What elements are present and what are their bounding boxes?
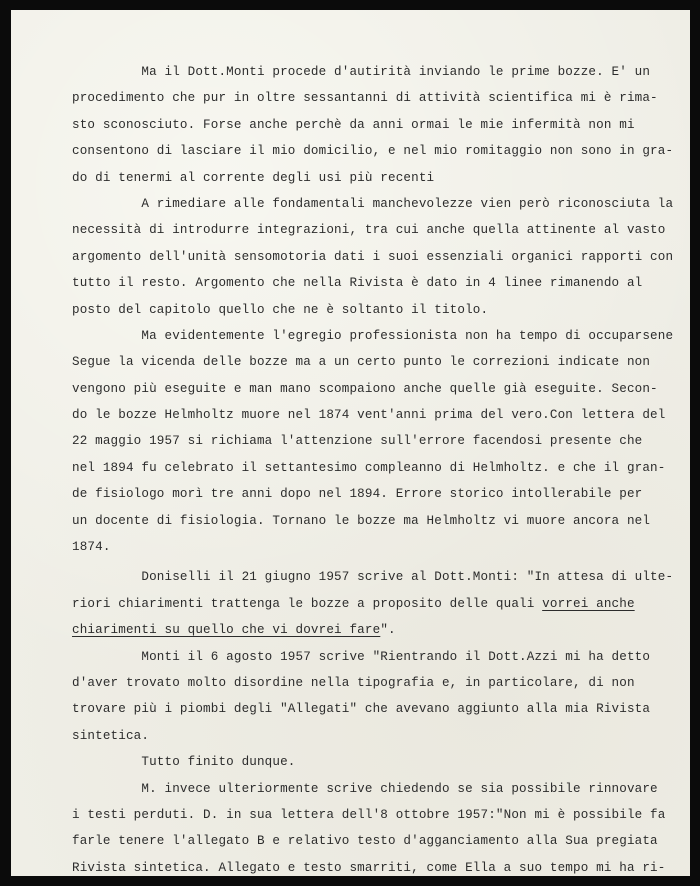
typewritten-text: Ma il Dott.Monti procede d'autirità invi… xyxy=(72,59,678,881)
text-line: Monti il 6 agosto 1957 scrive "Rientrand… xyxy=(72,644,678,670)
text-line: M. invece ulteriormente scrive chiedendo… xyxy=(72,776,678,802)
paragraph-7: M. invece ulteriormente scrive chiedendo… xyxy=(72,776,678,882)
paragraph-1: Ma il Dott.Monti procede d'autirità invi… xyxy=(72,59,678,191)
text-line: argomento dell'unità sensomotoria dati i… xyxy=(72,244,678,270)
paragraph-6: Tutto finito dunque. xyxy=(72,749,678,775)
text-span: ". xyxy=(380,623,395,637)
text-line: do di tenermi al corrente degli usi più … xyxy=(72,165,678,191)
text-line: un docente di fisiologia. Tornano le boz… xyxy=(72,508,678,534)
text-line: sintetica. xyxy=(72,723,678,749)
paragraph-3: Ma evidentemente l'egregio professionist… xyxy=(72,323,678,561)
text-line: A rimediare alle fondamentali manchevole… xyxy=(72,191,678,217)
text-line: Doniselli il 21 giugno 1957 scrive al Do… xyxy=(72,564,678,590)
text-line: 22 maggio 1957 si richiama l'attenzione … xyxy=(72,428,678,454)
text-line: consentono di lasciare il mio domicilio,… xyxy=(72,138,678,164)
text-line: farle tenere l'allegato B e relativo tes… xyxy=(72,828,678,854)
text-line: nel 1894 fu celebrato il settantesimo co… xyxy=(72,455,678,481)
paragraph-2: A rimediare alle fondamentali manchevole… xyxy=(72,191,678,323)
text-span: riori chiarimenti trattenga le bozze a p… xyxy=(72,597,542,611)
text-line: tutto il resto. Argomento che nella Rivi… xyxy=(72,270,678,296)
text-line: Ma evidentemente l'egregio professionist… xyxy=(72,323,678,349)
text-line: d'aver trovato molto disordine nella tip… xyxy=(72,670,678,696)
underlined-text: chiarimenti su quello che vi dovrei fare xyxy=(72,623,380,637)
text-line: 1874. xyxy=(72,534,678,560)
text-line: riori chiarimenti trattenga le bozze a p… xyxy=(72,591,678,617)
text-line: vengono più eseguite e man mano scompaio… xyxy=(72,376,678,402)
text-line: Segue la vicenda delle bozze ma a un cer… xyxy=(72,349,678,375)
text-line: i testi perduti. D. in sua lettera dell'… xyxy=(72,802,678,828)
text-line: sto sconosciuto. Forse anche perchè da a… xyxy=(72,112,678,138)
text-line: Ma il Dott.Monti procede d'autirità invi… xyxy=(72,59,678,85)
document-page: Ma il Dott.Monti procede d'autirità invi… xyxy=(11,10,690,876)
text-line: Rivista sintetica. Allegato e testo smar… xyxy=(72,855,678,881)
text-line: de fisiologo morì tre anni dopo nel 1894… xyxy=(72,481,678,507)
text-line: necessità di introdurre integrazioni, tr… xyxy=(72,217,678,243)
underlined-text: vorrei anche xyxy=(542,597,635,611)
text-line: Tutto finito dunque. xyxy=(72,749,678,775)
text-line: trovare più i piombi degli "Allegati" ch… xyxy=(72,696,678,722)
text-line: chiarimenti su quello che vi dovrei fare… xyxy=(72,617,678,643)
text-line: procedimento che pur in oltre sessantann… xyxy=(72,85,678,111)
text-line: posto del capitolo quello che ne è solta… xyxy=(72,297,678,323)
text-line: do le bozze Helmholtz muore nel 1874 ven… xyxy=(72,402,678,428)
paragraph-4: Doniselli il 21 giugno 1957 scrive al Do… xyxy=(72,564,678,643)
paragraph-5: Monti il 6 agosto 1957 scrive "Rientrand… xyxy=(72,644,678,750)
